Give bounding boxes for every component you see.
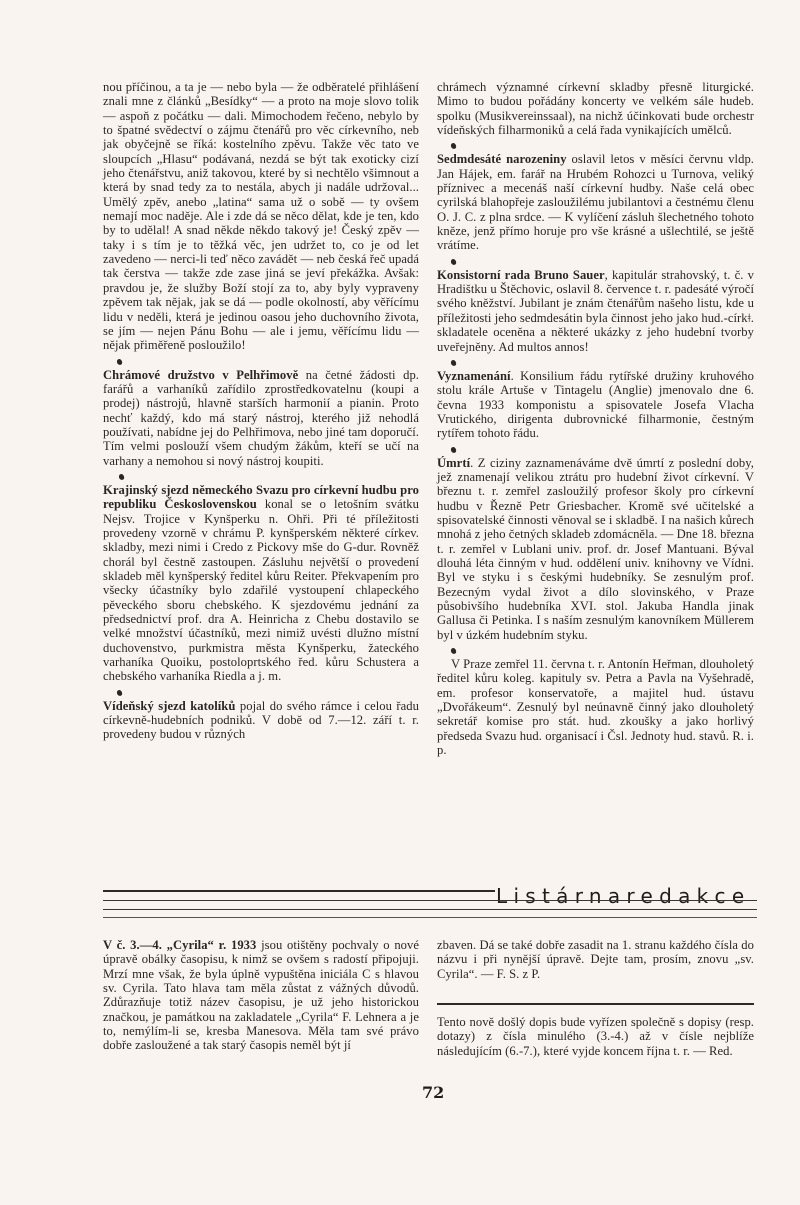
bullet-dot-icon xyxy=(450,258,457,265)
item-body: . Z ciziny zaznamenáváme dvě úmrtí z pos… xyxy=(437,456,754,642)
editorial-note-column: Tento nově došlý dopis bude vyřízen spol… xyxy=(437,1015,754,1058)
bullet-dot-icon xyxy=(450,143,457,150)
document-page: nou příčinou, a ta je — nebo byla — že o… xyxy=(0,0,800,1205)
news-item-antonin-herman: V Praze zemřel 11. června t. r. Antonín … xyxy=(437,657,754,757)
section-bullet xyxy=(437,643,754,657)
item-body: na četné žádosti dp. farářů a varhaníků … xyxy=(103,368,419,468)
section-bullet xyxy=(103,685,419,699)
heading-lead-rule xyxy=(103,890,495,892)
news-item-bruno-sauer: Konsistorní rada Bruno Sauer, kapitulár … xyxy=(437,268,754,354)
news-item-pelhrimov: Chrámové družstvo v Pelhřimově na četné … xyxy=(103,368,419,468)
editorial-note: Tento nově došlý dopis bude vyřízen spol… xyxy=(437,1015,754,1058)
item-lead: Sedmdesáté narozeniny xyxy=(437,152,567,166)
bullet-dot-icon xyxy=(450,446,457,453)
item-lead: Úmrtí xyxy=(437,456,470,470)
news-item-krajinsky-sjezd: Krajinský sjezd německého Svazu pro círk… xyxy=(103,483,419,684)
letter-paragraph-continued: zbaven. Dá se také dobře zasadit na 1. s… xyxy=(437,938,754,981)
column-divider-rule xyxy=(437,1003,754,1005)
section-heading-band: Listárnaredakce xyxy=(103,865,757,915)
bullet-dot-icon xyxy=(116,689,123,696)
section-bullet xyxy=(103,354,419,368)
news-item-sedmdesate-narozeniny: Sedmdesáté narozeniny oslavil letos v mě… xyxy=(437,152,754,252)
bullet-dot-icon xyxy=(118,473,125,480)
news-item-vyznamenani: Vyznamenání. Konsilium řádu rytířské dru… xyxy=(437,369,754,441)
section-bullet xyxy=(437,355,754,369)
continued-paragraph: chrámech významné církevní skladby přesn… xyxy=(437,80,754,137)
news-item-videnský-sjezd: Vídeňský sjezd katolíků pojal do svého r… xyxy=(103,699,419,742)
heading-rule xyxy=(103,900,757,901)
item-lead: Chrámové družstvo v Pelhřimově xyxy=(103,368,298,382)
page-number: 72 xyxy=(422,1083,444,1102)
news-item-umrti: Úmrtí. Z ciziny zaznamenáváme dvě úmrtí … xyxy=(437,456,754,642)
section-bullet xyxy=(103,469,419,483)
item-lead: Konsistorní rada Bruno Sauer xyxy=(437,268,605,282)
heading-rule xyxy=(103,917,757,918)
section-heading-listarna-redakce: Listárnaredakce xyxy=(496,884,750,908)
item-body: konal se o letošním svátku Nejsv. Trojic… xyxy=(103,497,419,683)
item-body: oslavil letos v měsíci červnu vldp. Jan … xyxy=(437,152,754,252)
item-lead: Vídeňský sjezd katolíků xyxy=(103,699,235,713)
item-body: jsou otištěny pochvaly o nové úpravě obá… xyxy=(103,938,419,1052)
item-lead: V č. 3.—4. „Cyrila“ r. 1933 xyxy=(103,938,256,952)
heading-rule xyxy=(103,909,757,910)
section-bullet xyxy=(437,138,754,152)
continued-paragraph: nou příčinou, a ta je — nebo byla — že o… xyxy=(103,80,419,353)
left-column-top: nou příčinou, a ta je — nebo byla — že o… xyxy=(103,80,419,742)
letter-paragraph: V č. 3.—4. „Cyrila“ r. 1933 jsou otištěn… xyxy=(103,938,419,1053)
left-column-bottom: V č. 3.—4. „Cyrila“ r. 1933 jsou otištěn… xyxy=(103,938,419,1053)
bullet-dot-icon xyxy=(450,647,457,654)
section-bullet xyxy=(437,254,754,268)
bullet-dot-icon xyxy=(116,358,123,365)
bullet-dot-icon xyxy=(450,359,457,366)
item-lead: Vyznamenání xyxy=(437,369,511,383)
right-column-bottom: zbaven. Dá se také dobře zasadit na 1. s… xyxy=(437,938,754,981)
section-bullet xyxy=(437,442,754,456)
right-column-top: chrámech významné církevní skladby přesn… xyxy=(437,80,754,757)
